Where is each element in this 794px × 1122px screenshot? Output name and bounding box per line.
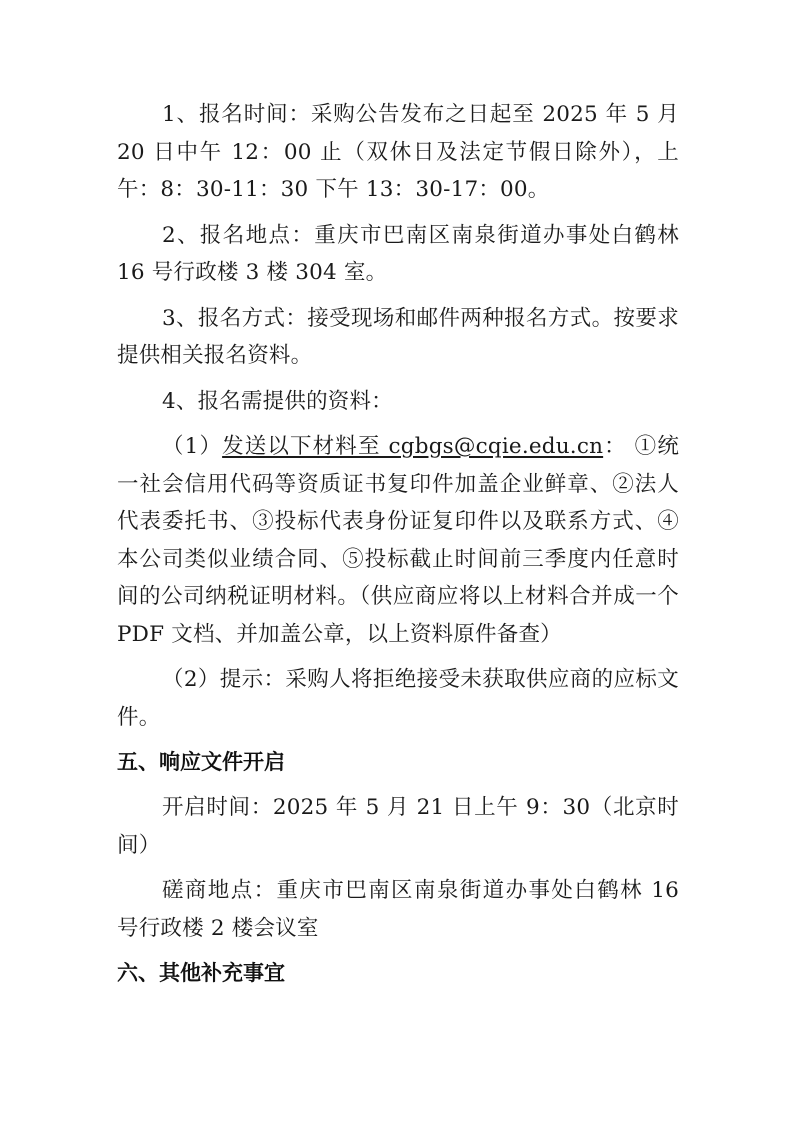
opening-time-paragraph: 开启时间：2025 年 5 月 21 日上午 9：30（北京时间） xyxy=(117,789,679,864)
send-materials-email-link[interactable]: 发送以下材料至 cgbgs@cqie.edu.cn xyxy=(222,434,603,459)
section-6-heading: 六、其他补充事宜 xyxy=(117,955,679,992)
materials-list-text: ： ①统一社会信用代码等资质证书复印件加盖企业鲜章、②法人代表委托书、③投标代表… xyxy=(117,434,679,647)
document-page: 1、报名时间：采购公告发布之日起至 2025 年 5 月 20 日中午 12：0… xyxy=(117,96,679,1000)
consultation-location-paragraph: 磋商地点：重庆市巴南区南泉街道办事处白鹤林 16 号行政楼 2 楼会议室 xyxy=(117,872,679,947)
registration-method-paragraph: 3、报名方式：接受现场和邮件两种报名方式。按要求提供相关报名资料。 xyxy=(117,300,679,375)
materials-sub-item-2: （2）提示：采购人将拒绝接受未获取供应商的应标文件。 xyxy=(117,661,679,736)
registration-time-paragraph: 1、报名时间：采购公告发布之日起至 2025 年 5 月 20 日中午 12：0… xyxy=(117,96,679,209)
materials-sub-item-1: （1）发送以下材料至 cgbgs@cqie.edu.cn： ①统一社会信用代码等… xyxy=(117,428,679,653)
required-materials-paragraph: 4、报名需提供的资料： xyxy=(117,383,679,421)
section-5-heading: 五、响应文件开启 xyxy=(117,744,679,781)
sub-item-1-prefix: （1） xyxy=(162,434,222,459)
registration-location-paragraph: 2、报名地点：重庆市巴南区南泉街道办事处白鹤林 16 号行政楼 3 楼 304 … xyxy=(117,217,679,292)
